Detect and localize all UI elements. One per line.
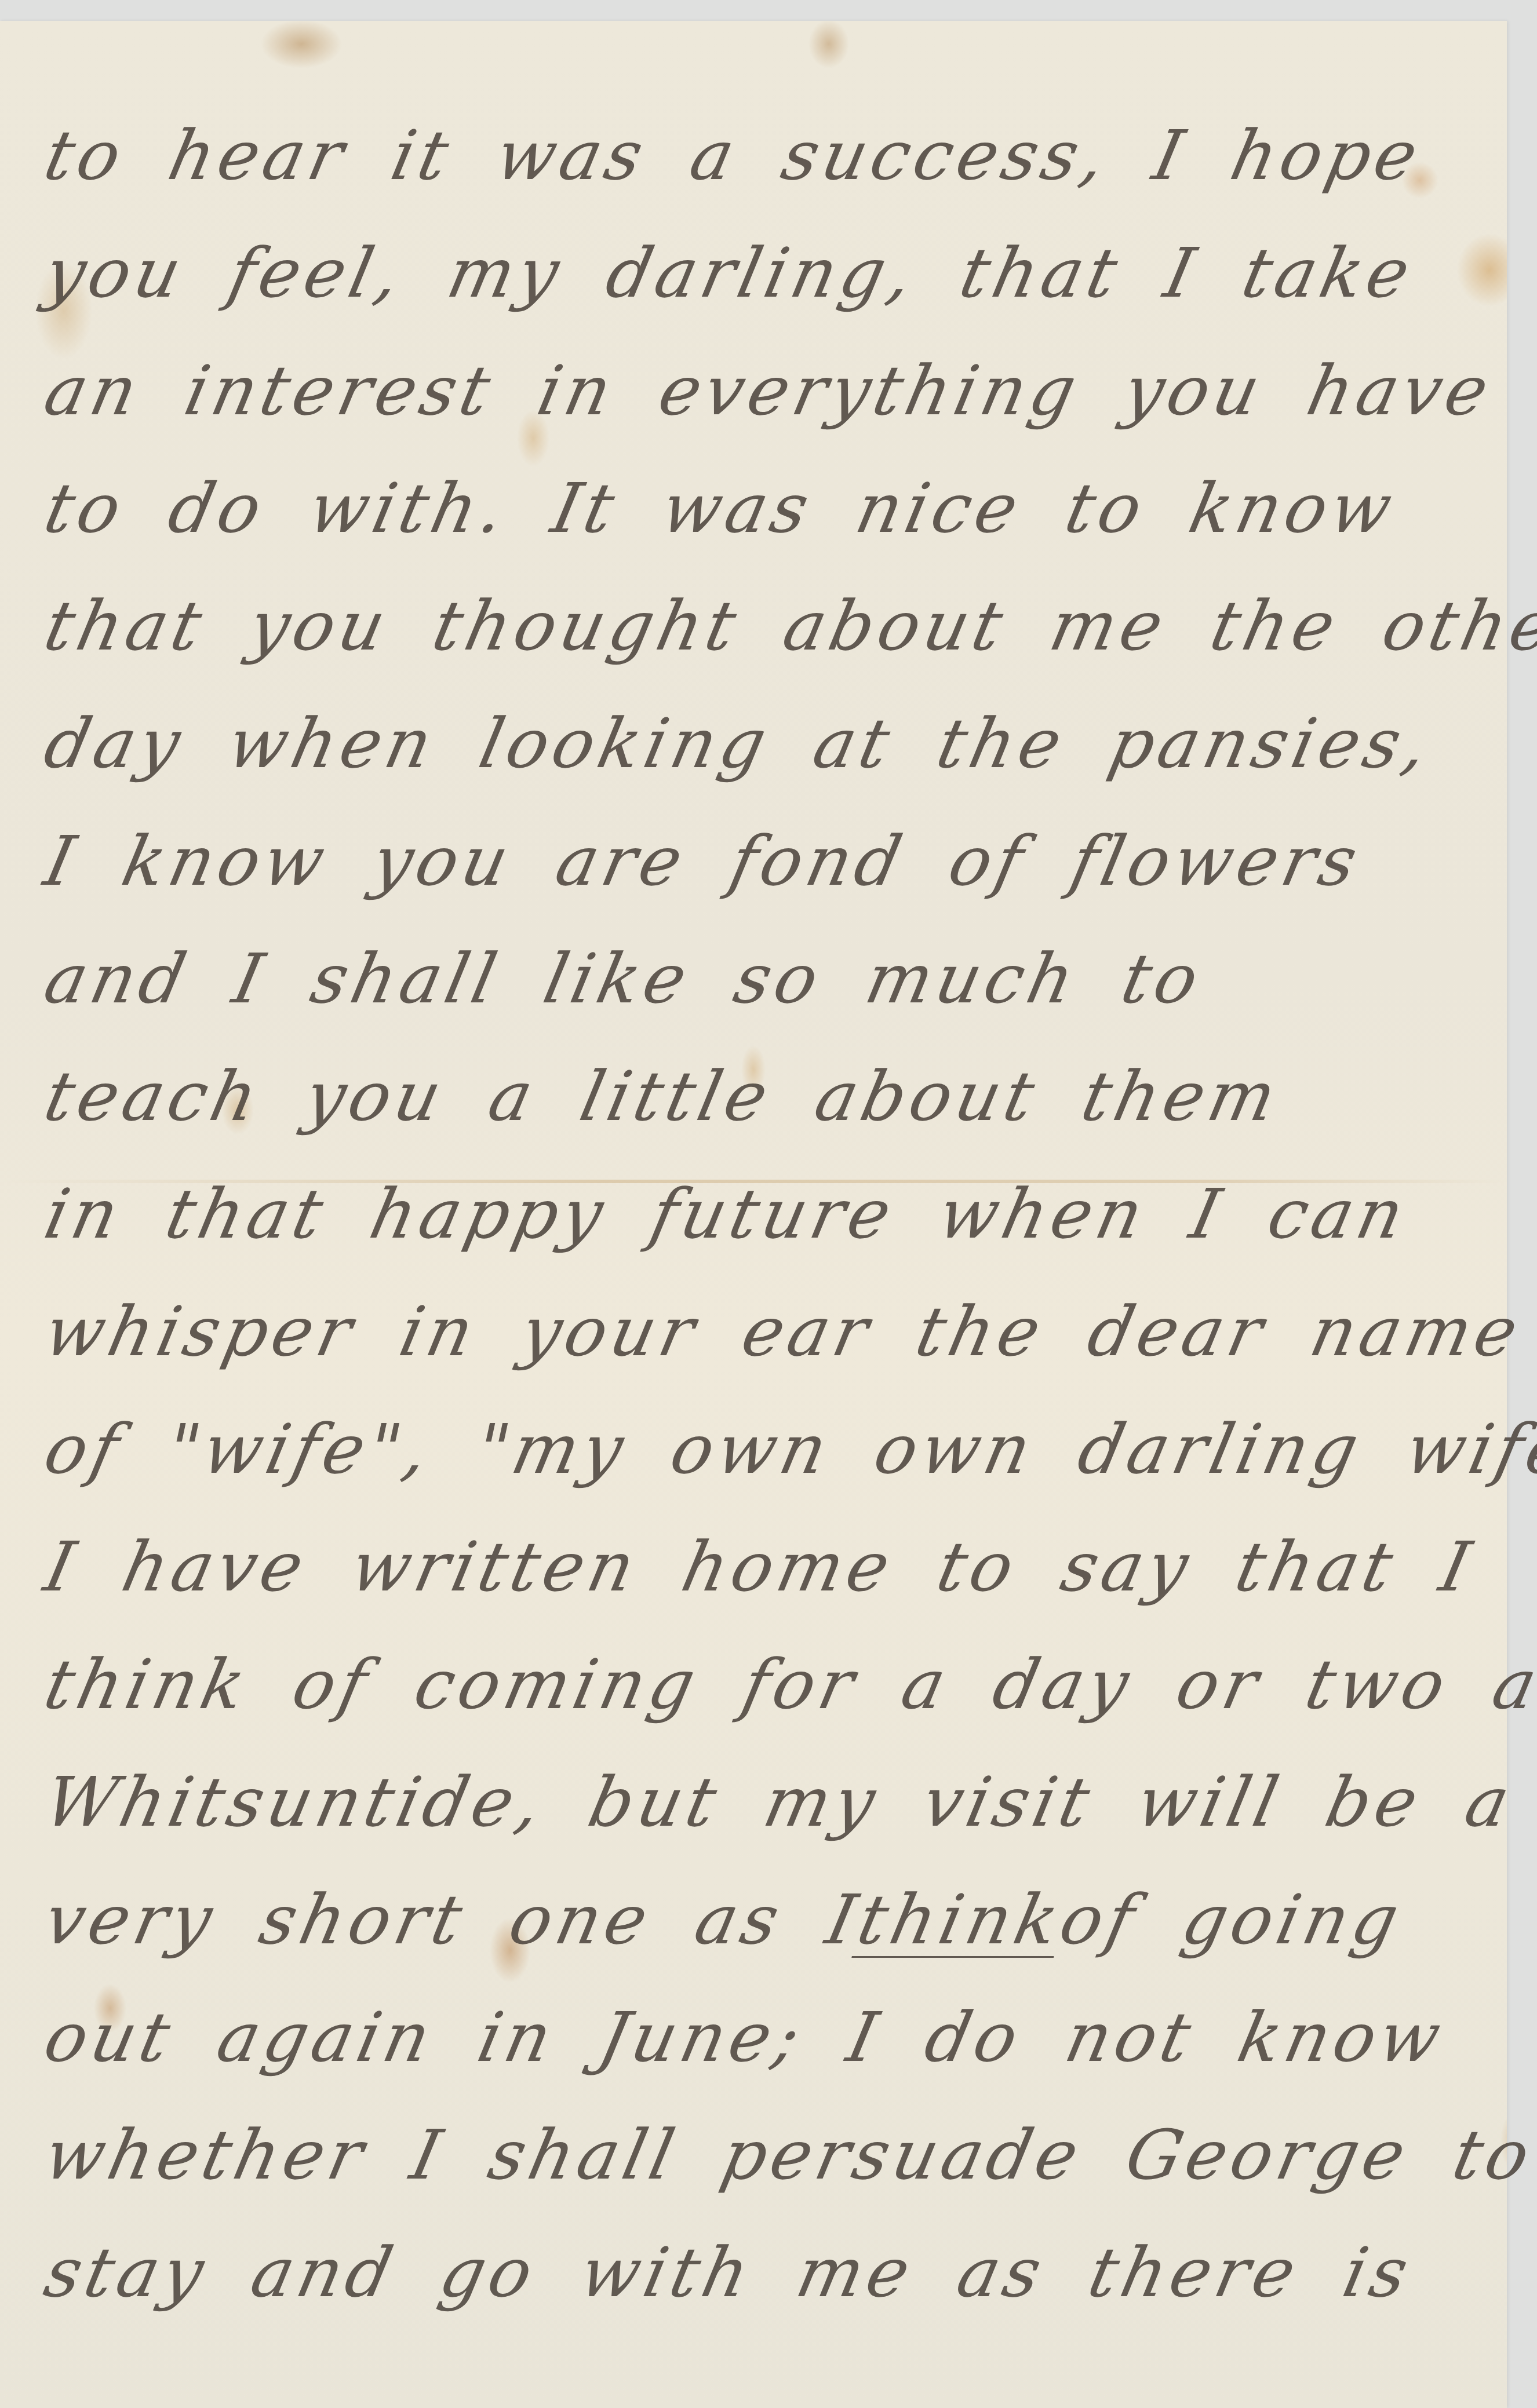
letter-paper: to hear it was a success, I hope you fee…: [0, 21, 1507, 2408]
text-line: to do with. It was nice to know: [34, 449, 1484, 567]
text-line: of "wife", "my own own darling wife"!: [34, 1390, 1484, 1508]
handwritten-text: to hear it was a success, I hope you fee…: [46, 96, 1472, 2331]
text-line: I have written home to say that I: [34, 1508, 1484, 1625]
text-line: whisper in your ear the dear name: [34, 1272, 1484, 1390]
text-line: whether I shall persuade George to: [34, 2096, 1484, 2213]
text-line: teach you a little about them: [34, 1037, 1484, 1155]
text-line: out again in June; I do not know: [34, 1978, 1484, 2096]
text-line-with-underline: very short one as I think of going: [34, 1860, 1484, 1978]
underlined-word: think: [851, 1880, 1070, 1960]
text-line: think of coming for a day or two at: [34, 1625, 1484, 1743]
text-line: stay and go with me as there is: [34, 2213, 1484, 2331]
text-line: and I shall like so much to: [34, 920, 1484, 1037]
text-line: you feel, my darling, that I take: [34, 214, 1484, 331]
text-line: Whitsuntide, but my visit will be a: [34, 1743, 1484, 1860]
text-line: to hear it was a success, I hope: [34, 96, 1484, 214]
text-line: that you thought about me the other: [34, 567, 1484, 684]
text-line: in that happy future when I can: [34, 1155, 1484, 1272]
text-line: an interest in everything you have: [34, 331, 1484, 449]
text-line: day when looking at the pansies,: [34, 684, 1484, 802]
text-line: I know you are fond of flowers: [34, 802, 1484, 920]
